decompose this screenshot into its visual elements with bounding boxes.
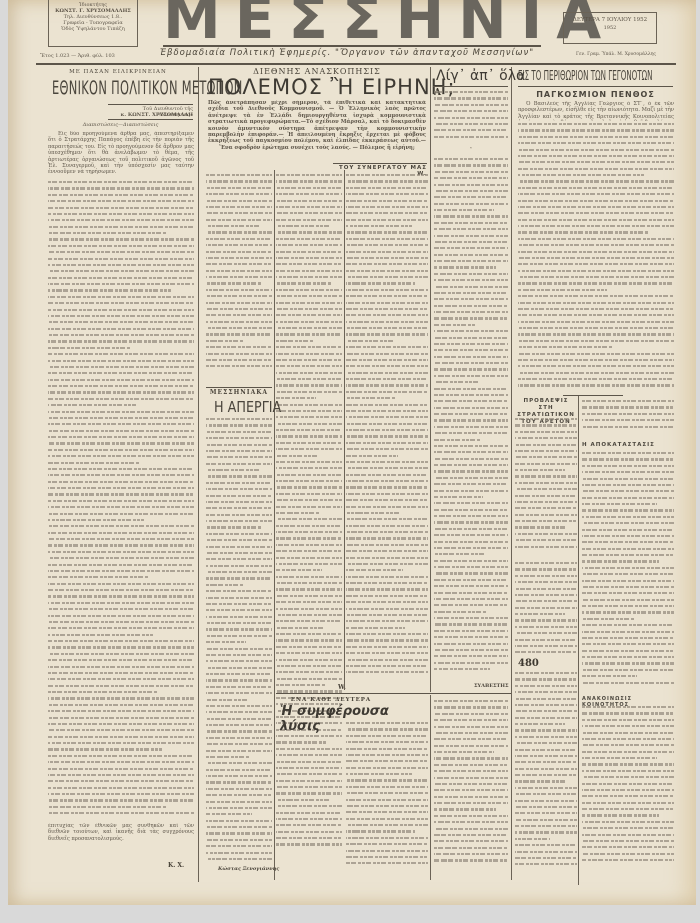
publisher-box: Ἰδιοκτήτης ΚΩΝΣΤ. Γ. ΧΡΥΣΟΜΑΛΛΗΣ Τηλ. Δι… <box>48 0 138 47</box>
left-closing: ἐπιτυχίας τῶν ἐθνικῶν μας συνθηκῶν καὶ τ… <box>48 823 194 849</box>
apokatastasis-headline: Η ΑΠΟΚΑΤΑΣΤΑΣΙΣ <box>582 442 674 448</box>
apokatastasis-body <box>582 452 674 692</box>
monday-body-col-2 <box>434 700 508 872</box>
masthead-subtitle: Ἑβδομαδιαία Πολιτικὴ Ἐφημερίς. "Ὄργανον … <box>160 48 550 58</box>
center-body-col-1 <box>206 174 272 374</box>
right-note: Γεν. Γραμ. Ὑπάλ. Μ. Χρυσομάλλης <box>561 52 671 58</box>
messiniaka-body <box>206 418 272 870</box>
left-lower-right-body <box>515 562 577 660</box>
right-lead: Ὁ Βασιλεὺς τῆς Ἀγγλίας Γεώργιος ὁ ΣΤ᾿, ὁ… <box>518 101 674 121</box>
ligo-body-1 <box>434 91 508 146</box>
ligo-headline: Λίγ᾿ ἀπ᾿ ὅλα <box>436 68 525 84</box>
center-body-col-3 <box>346 174 428 682</box>
right-headline-wrap: ΕΙΣ ΤΟ ΠΕΡΙΘΩΡΙΟΝ ΤΩΝ ΓΕΓΟΝΟΤΩΝ <box>518 69 688 85</box>
right-headline: ΕΙΣ ΤΟ ΠΕΡΙΘΩΡΙΟΝ ΤΩΝ ΓΕΓΟΝΟΤΩΝ <box>518 69 612 84</box>
date-line-1: ΔΕΥΤΕΡΑ 7 ΙΟΥΛΙΟΥ 1952 <box>564 17 656 23</box>
left-body-text <box>48 181 194 821</box>
aretis-body <box>515 418 577 558</box>
center-body-col-2 <box>276 174 342 854</box>
right-subheadline: ΠΑΓΚΟΣΜΙΟΝ ΠΕΝΘΟΣ <box>518 90 673 99</box>
messiniaka-headline: Η ΑΠΕΡΓΙΑ <box>214 398 265 416</box>
ligo-signature: ΣΥΛΒΕΣΤΗΣ <box>474 683 509 689</box>
left-signature: Κ. Χ. <box>168 862 184 869</box>
monday-signature: Κώστας Ξενογιάννης <box>218 866 279 872</box>
messiniaka-headline-wrap: Η ΑΠΕΡΓΙΑ <box>214 398 274 414</box>
center-headline: ΠΟΛΕΜΟΣ Ἢ ΕΙΡΗΝΗ; <box>208 75 426 99</box>
monday-kicker: ΕΝΑ ΚΑΘΕ ΔΕΥΤΕΡΑ <box>276 697 386 703</box>
left-section: Διαπιστώσεις—Διαπιστώσεις <box>48 122 193 128</box>
newspaper-page: Ἰδιοκτήτης ΚΩΝΣΤ. Γ. ΧΡΥΣΟΜΑΛΛΗΣ Τηλ. Δι… <box>8 0 696 905</box>
publisher-line-3: Ὁδὸς Ὑψηλάντου Τιπάζη <box>49 26 137 32</box>
left-headline: ΕΘΝΙΚΟΝ ΠΟΛΙΤΙΚΟΝ ΜΕΤΩΠΟΝ <box>52 77 136 99</box>
left-kicker: ΜΕ ΠΑΣΑΝ ΕΙΛΙΚΡΙΝΕΙΑΝ <box>48 69 188 75</box>
apokatastasis-top-body <box>582 400 674 438</box>
date-box: ΔΕΥΤΕΡΑ 7 ΙΟΥΛΙΟΥ 1952 1952 <box>563 12 657 44</box>
ligo-body-2 <box>434 158 508 678</box>
date-line-2: 1952 <box>564 25 656 31</box>
masthead-title: ΜΕΣΣΗΝΙΑ <box>163 0 613 46</box>
messiniaka-kicker: ΜΕΣΣΗΝΙΑΚΑ <box>206 389 272 396</box>
lower-right-body-3 <box>582 706 674 872</box>
right-body <box>518 123 674 393</box>
monday-body-col-1 <box>346 722 428 872</box>
left-author-2: κ. ΚΩΝΣΤ. ΧΡΥΣΟΜΑΛΛΗ <box>108 112 193 118</box>
left-lead: Εἰς δύο προηγούμενα ἄρθρα μας, ἀπεστηρίξ… <box>48 131 194 179</box>
center-summary: Πῶς ἀνετράπησαν μέχρι σήμερον, τὰ ἐπιθετ… <box>208 100 426 160</box>
ligo-separator: ᵛ <box>434 146 508 152</box>
lower-right-body-2 <box>515 672 577 872</box>
issue-line: Ἔτος 1.023 — Ἀριθ. φύλ. 103 <box>40 53 140 59</box>
left-headline-wrap: ΕΘΝΙΚΟΝ ΠΟΛΙΤΙΚΟΝ ΜΕΤΩΠΟΝ <box>52 77 192 103</box>
